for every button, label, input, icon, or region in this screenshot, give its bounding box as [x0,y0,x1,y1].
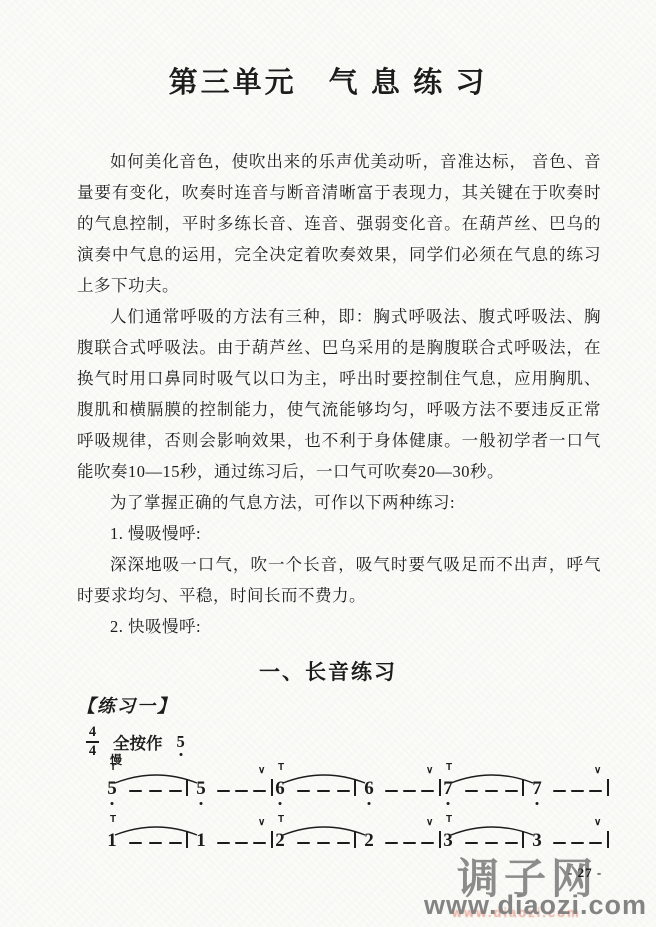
note-digit: 1 [105,830,119,852]
duration-dash [385,790,398,792]
section-heading-long-tone: 一、长音练习 [0,656,656,686]
time-signature-denominator: 4 [89,744,96,759]
measure-group: T 5 5 ∨ [106,762,274,810]
breath-mark: ∨ [594,765,601,776]
duration-dash [235,842,248,844]
barline [522,779,524,796]
duration-dash [129,790,142,792]
time-signature-numerator: 4 [89,725,96,740]
signature-row: 4 4 全按作 5 [86,724,185,760]
low-octave-dot [536,802,539,805]
duration-dash [589,790,602,792]
measure-group: T 6 6 ∨ [274,762,442,810]
breath-mark: ∨ [258,765,265,776]
duration-dash [505,790,518,792]
duration-dash [317,842,330,844]
duration-dash [465,790,478,792]
duration-dash [149,790,162,792]
paragraph-breathing-methods: 人们通常呼吸的方法有三种，即：胸式呼吸法、腹式呼吸法、胸腹联合式呼吸法。由于葫芦… [77,301,601,487]
duration-dash [421,790,434,792]
textbook-page: 第三单元 气 息 练 习 如何美化音色，使吹出来的乐声优美动听，音准达标， 音色… [0,0,656,927]
note-digit: 5 [105,778,119,800]
breath-mark: ∨ [258,817,265,828]
barline [186,779,188,796]
duration-dash [297,790,310,792]
barline [607,831,609,848]
time-signature: 4 4 [86,725,99,759]
duration-dash [571,842,584,844]
duration-dash [589,842,602,844]
duration-dash [485,790,498,792]
low-octave-dot [368,802,371,805]
measure-group: T 2 2 ∨ [274,814,442,862]
duration-dash [421,842,434,844]
duration-dash [465,842,478,844]
measure-group: T 7 7 ∨ [442,762,610,810]
measure-group: T 1 1 ∨ [106,814,274,862]
barline [354,831,356,848]
duration-dash [505,842,518,844]
note-digit: 7 [441,778,455,800]
paragraph-intro: 如何美化音色，使吹出来的乐声优美动听，音准达标， 音色、音量要有变化，吹奏时连音… [77,146,601,301]
list-item-slow-inhale: 1. 慢吸慢呼: [77,518,601,549]
low-octave-dot [279,802,282,805]
list-item-fast-inhale: 2. 快吸慢呼: [77,611,601,642]
duration-dash [337,790,350,792]
note-digit: 3 [441,830,455,852]
body-text: 如何美化音色，使吹出来的乐声优美动听，音准达标， 音色、音量要有变化，吹奏时连音… [77,146,601,646]
duration-dash [553,842,566,844]
low-octave-dot [200,802,203,805]
duration-dash [217,790,230,792]
duration-dash [297,842,310,844]
duration-dash [235,790,248,792]
duration-dash [385,842,398,844]
note-digit: 6 [362,778,376,800]
note-digit: 5 [194,778,208,800]
duration-dash [403,842,416,844]
breath-mark: ∨ [426,765,433,776]
breath-mark: ∨ [426,817,433,828]
low-octave-dot [179,753,182,756]
duration-dash [129,842,142,844]
duration-dash [169,842,182,844]
duration-dash [253,790,266,792]
barline [354,779,356,796]
exercise-one-label: 【练习一】 [77,692,177,718]
duration-dash [485,842,498,844]
paragraph-fast-inhale-detail: 这是演奏葫芦丝、巴乌时运用得最多的呼吸方法，吸气时间越短越好，因为在乐曲进行中允… [77,642,601,646]
note-digit: 2 [362,830,376,852]
duration-dash [337,842,350,844]
barline [186,831,188,848]
duration-dash [403,790,416,792]
key-note-digit: 5 [177,732,185,751]
low-octave-dot [447,802,450,805]
duration-dash [217,842,230,844]
note-digit: 7 [530,778,544,800]
note-digit: 6 [273,778,287,800]
duration-dash [571,790,584,792]
duration-dash [317,790,330,792]
watermark-site-url: www.diaozi.com [424,890,647,921]
duration-dash [169,790,182,792]
note-digit: 1 [194,830,208,852]
note-digit: 2 [273,830,287,852]
paragraph-slow-inhale-detail: 深深地吸一口气，吹一个长音，吸气时要气吸足而不出声，呼气时要求均匀、平稳，时间长… [77,549,601,611]
low-octave-dot [111,802,114,805]
barline [607,779,609,796]
duration-dash [149,842,162,844]
page-title: 第三单元 气 息 练 习 [0,60,656,101]
notation-line-1: 慢 T 5 5 ∨ T 6 6 [106,762,610,810]
page-number: - 27 - [568,865,602,881]
paragraph-practice-intro: 为了掌握正确的气息方法，可作以下两种练习: [77,487,601,518]
duration-dash [553,790,566,792]
breath-mark: ∨ [594,817,601,828]
key-note: 5 [177,732,185,752]
duration-dash [253,842,266,844]
